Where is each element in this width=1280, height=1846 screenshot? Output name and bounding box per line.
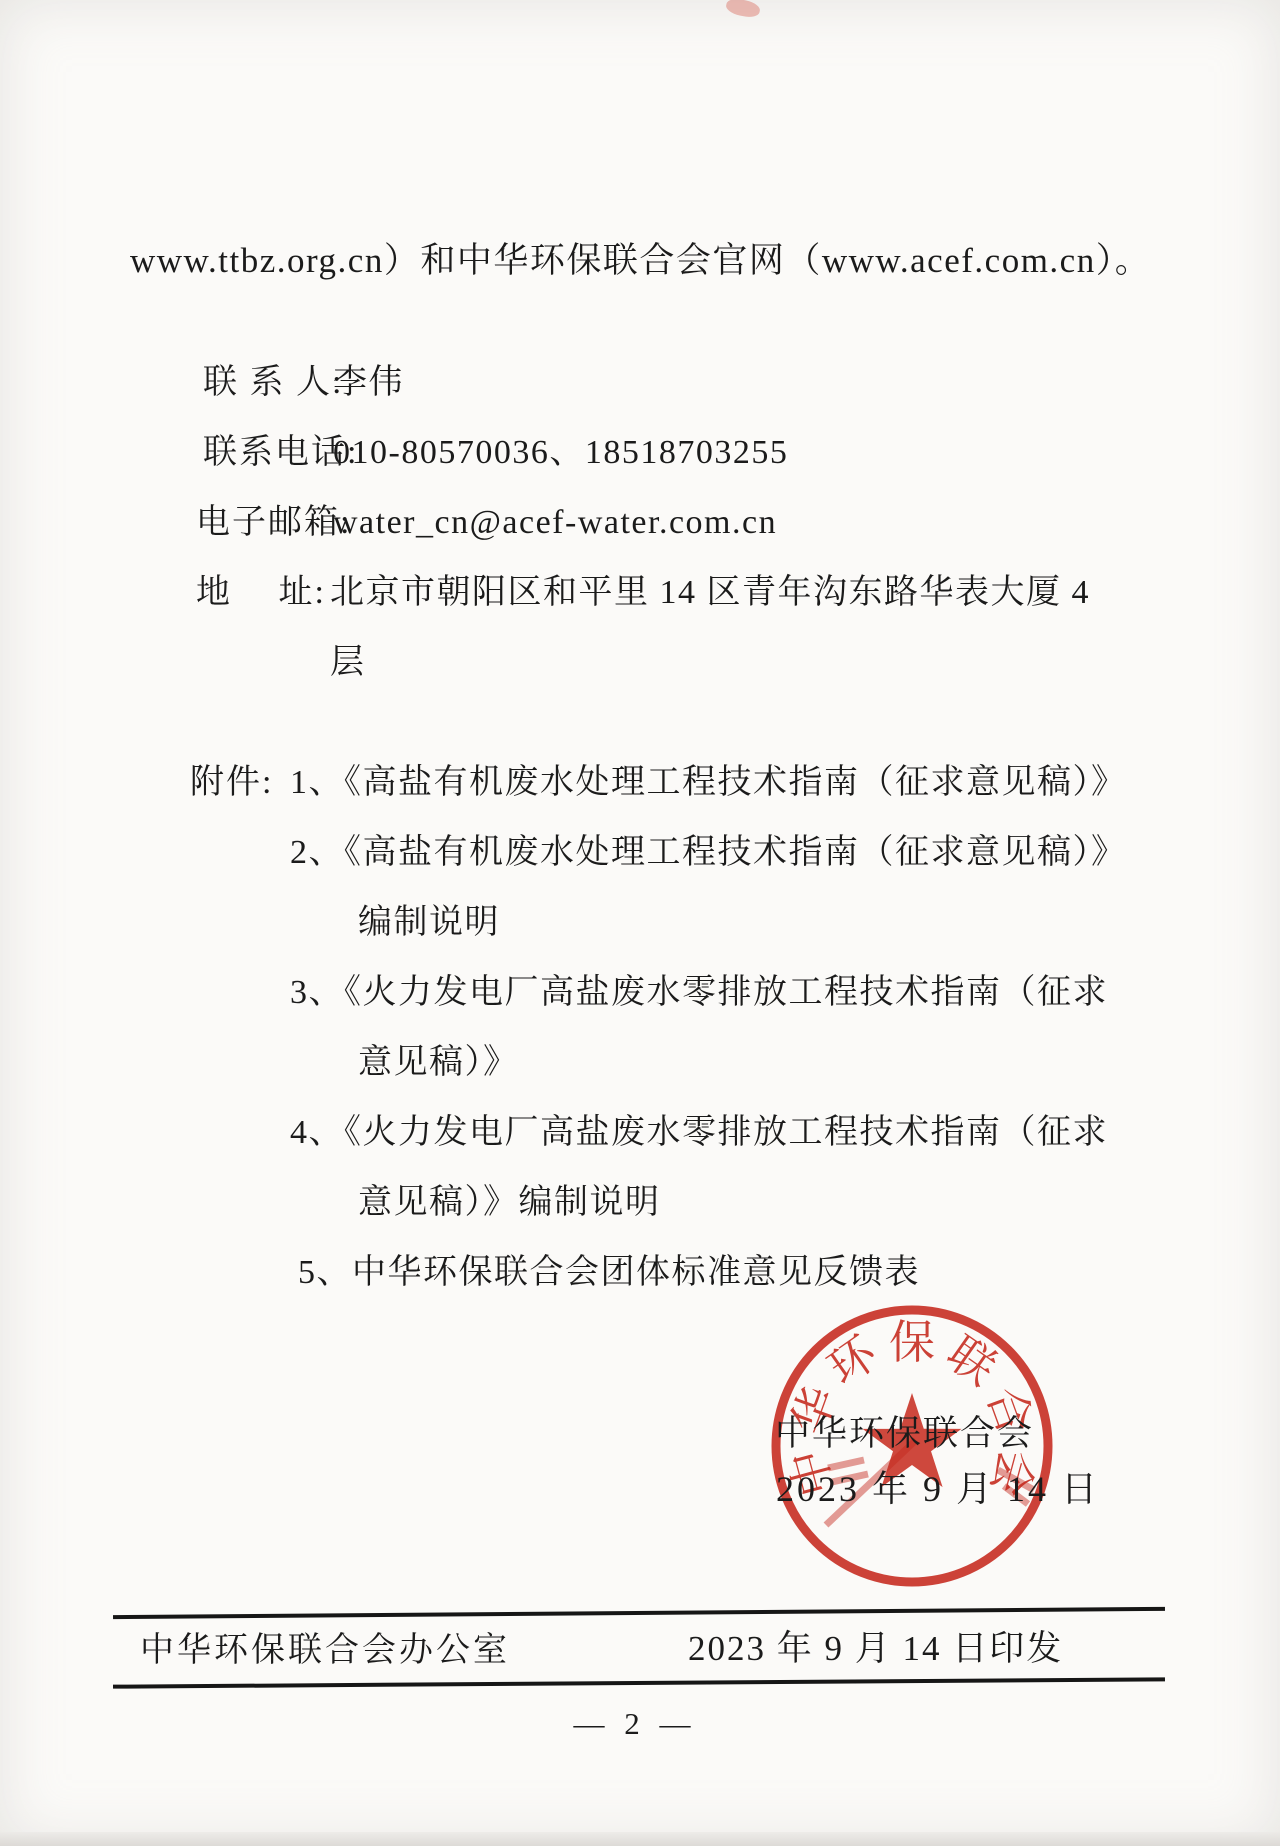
attachment-line: 编制说明: [358, 906, 500, 940]
attachment-line: 1、《高盐有机废水处理工程技术指南（征求意见稿）》: [290, 766, 1127, 800]
attachment-line: 意见稿）》: [358, 1046, 519, 1080]
signature-date: 2023 年 9 月 14 日: [776, 1471, 1100, 1507]
footer-rule-bottom: [113, 1677, 1165, 1688]
seal-char: 保: [889, 1317, 935, 1368]
contact-email-value: water_cn@acef-water.com.cn: [333, 506, 777, 540]
signature-org: 中华环保联合会: [775, 1416, 1034, 1451]
footer-print-date: 2023 年 9 月 14 日印发: [688, 1631, 1063, 1666]
scan-edge-shadow: [0, 1832, 1280, 1846]
attachment-line: 2、《高盐有机废水处理工程技术指南（征求意见稿）》: [290, 836, 1127, 870]
contact-email-label: 电子邮箱:: [196, 506, 351, 540]
contact-address-wrap: 层: [330, 646, 366, 680]
contact-person-value: 李伟: [333, 366, 404, 400]
footer-office: 中华环保联合会办公室: [140, 1634, 510, 1668]
contact-person-label: 联 系 人:: [203, 366, 343, 400]
attachment-line: 3、《火力发电厂高盐废水零排放工程技术指南（征求: [290, 976, 1108, 1010]
contact-phone-value: 010-80570036、18518703255: [333, 436, 788, 470]
footer-rule-top: [113, 1607, 1165, 1619]
attachment-line: 意见稿）》编制说明: [358, 1186, 661, 1220]
stamp-residue-mark: [725, 0, 762, 19]
attachment-line: 4、《火力发电厂高盐废水零排放工程技术指南（征求: [290, 1116, 1108, 1150]
contact-address-label: 地 址:: [196, 576, 326, 610]
document-page: www.ttbz.org.cn）和中华环保联合会官网（www.acef.com.…: [0, 0, 1280, 1846]
contact-address-value: 北京市朝阳区和平里 14 区青年沟东路华表大厦 4: [330, 576, 1090, 610]
attachment-line: 5、中华环保联合会团体标准意见反馈表: [298, 1256, 920, 1290]
attachments-label: 附件:: [190, 766, 273, 800]
page-number: — 2 —: [0, 1708, 1270, 1739]
intro-line: www.ttbz.org.cn）和中华环保联合会官网（www.acef.com.…: [130, 243, 1151, 278]
